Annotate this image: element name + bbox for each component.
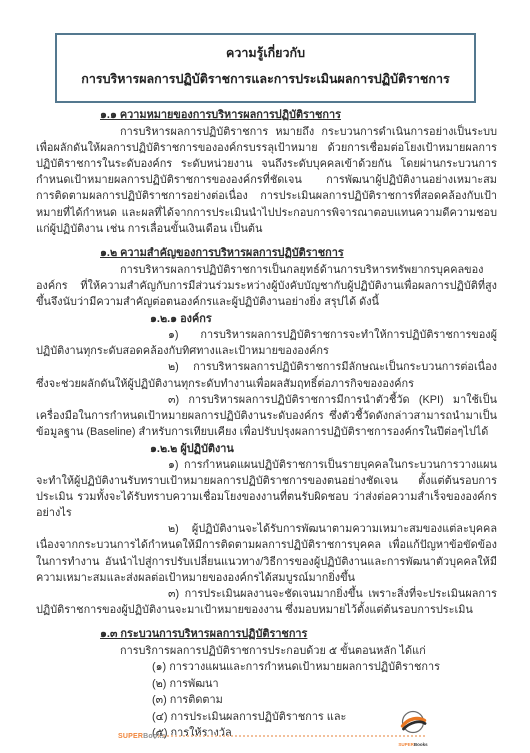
document-body: ๑.๑ ความหมายของการบริหารผลการปฏิบัติราชก… <box>36 99 497 742</box>
section-1-2-heading: ๑.๒ ความสำคัญของการบริหารผลการปฏิบัติราช… <box>36 245 497 261</box>
page-footer: SUPERBooks SUPERBooks <box>36 705 497 747</box>
section-1-1-heading: ๑.๑ ความหมายของการบริหารผลการปฏิบัติราชก… <box>36 107 497 123</box>
title-box: ความรู้เกี่ยวกับ การบริหารผลการปฏิบัติรา… <box>55 33 476 103</box>
section-1-3-intro: การบริการผลการปฏิบัติราชการประกอบด้วย ๕ … <box>36 643 497 659</box>
subsection-1-2-1-heading: ๑.๒.๑ องค์กร <box>36 311 497 327</box>
subsection-1-2-1-item-2: ๒) การบริหารผลการปฏิบัติราชการมีลักษณะเป… <box>36 359 497 391</box>
publisher-logo: SUPERBooks <box>395 709 431 747</box>
section-1-3-step-1: (๑) การวางแผนและการกำหนดเป้าหมายผลการปฏิ… <box>36 659 497 676</box>
subsection-1-2-2-item-1: ๑) การกำหนดแผนปฏิบัติราชการเป็นรายบุคคลใ… <box>36 457 497 521</box>
subsection-1-2-2-item-3: ๓) การประเมินผลงานจะชัดเจนมากยิ่งขึ้น เพ… <box>36 586 497 618</box>
logo-caption-books: Books <box>414 742 428 747</box>
title-line-1: ความรู้เกี่ยวกับ <box>67 40 464 66</box>
document-page: ความรู้เกี่ยวกับ การบริหารผลการปฏิบัติรา… <box>0 0 530 753</box>
superbooks-swoosh-icon <box>399 724 427 741</box>
footer-brand-super: SUPER <box>118 733 143 740</box>
subsection-1-2-2-item-2: ๒) ผู้ปฏิบัติงานจะได้รับการพัฒนาตามความเ… <box>36 521 497 585</box>
title-line-2: การบริหารผลการปฏิบัติราชการและการประเมิน… <box>67 66 464 92</box>
section-1-2-paragraph: การบริหารผลการปฏิบัติราชการเป็นกลยุทธ์ด้… <box>36 262 497 310</box>
logo-caption-super: SUPER <box>398 742 414 747</box>
subsection-1-2-2-heading: ๑.๒.๒ ผู้ปฏิบัติงาน <box>36 441 497 457</box>
section-1-1-paragraph: การบริหารผลการปฏิบัติราชการ หมายถึง กระบ… <box>36 124 497 237</box>
logo-caption: SUPERBooks <box>395 742 431 747</box>
footer-dotted-divider <box>158 735 425 737</box>
subsection-1-2-1-item-3: ๓) การบริหารผลการปฏิบัติราชการมีการนำตัว… <box>36 392 497 440</box>
subsection-1-2-1-item-1: ๑) การบริหารผลการปฏิบัติราชการจะทำให้การ… <box>36 327 497 359</box>
section-1-3-heading: ๑.๓ กระบวนการบริหารผลการปฏิบัติราชการ <box>36 626 497 642</box>
section-1-3-step-2: (๒) การพัฒนา <box>36 676 497 693</box>
